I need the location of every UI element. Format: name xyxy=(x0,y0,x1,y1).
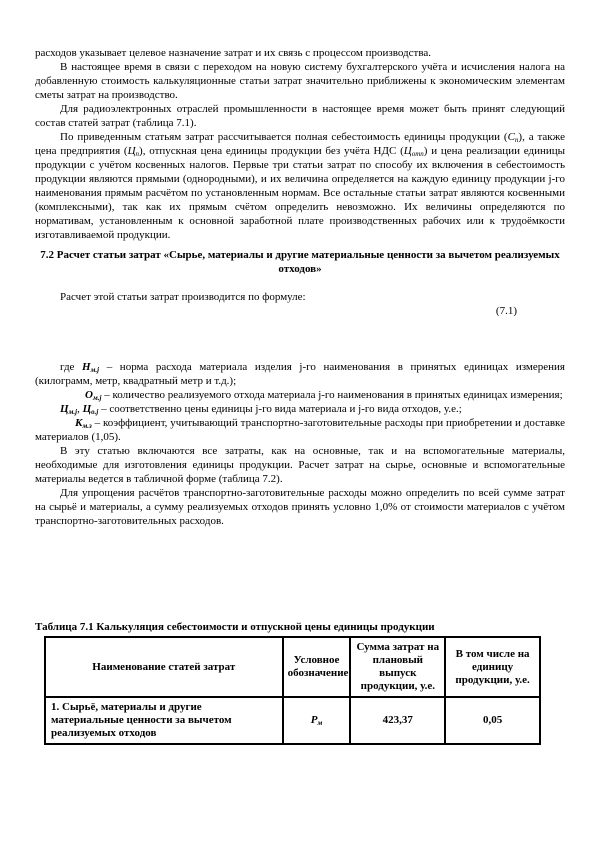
cell-per-unit: 0,05 xyxy=(445,697,540,744)
column-header-planned-output-sum: Сумма затрат на плановый выпуск продукци… xyxy=(350,637,445,697)
paragraph-text: ), отпускная цена единицы продукции без … xyxy=(139,145,404,157)
variable-full-cost: Сп xyxy=(508,131,519,143)
paragraph-text: По приведенным статьям затрат рассчитыва… xyxy=(60,131,508,143)
formula-intro: Расчет этой статьи затрат производится п… xyxy=(35,290,565,304)
formula-number: (7.1) xyxy=(35,304,565,318)
paragraph-cost-items: По приведенным статьям затрат рассчитыва… xyxy=(35,130,565,242)
column-header-cost-item-name: Наименование статей затрат xyxy=(45,637,283,697)
cost-calculation-table: Наименование статей затрат Условное обоз… xyxy=(44,636,541,745)
document-page: расходов указывает целевое назначение за… xyxy=(0,0,595,842)
table-header-row: Наименование статей затрат Условное обоз… xyxy=(45,637,540,697)
table-row: 1. Сырьё, материалы и другие материальны… xyxy=(45,697,540,744)
column-header-per-unit: В том числе на единицу продукции, у.е. xyxy=(445,637,540,697)
table-caption: Таблица 7.1 Калькуляция себестоимости и … xyxy=(35,620,565,634)
variable-waste-price: Цо.j xyxy=(83,403,99,415)
paragraph-simplification: Для упрощения расчётов транспортно-загот… xyxy=(35,486,565,528)
paragraph-included-costs: В эту статью включаются все затраты, как… xyxy=(35,444,565,486)
variable-transport-coefficient: Км.з xyxy=(75,417,92,429)
variable-materials-cost: Рм xyxy=(311,714,323,726)
cell-symbol: Рм xyxy=(283,697,351,744)
variable-material-price: Цм.j xyxy=(60,403,77,415)
variable-selling-price: Цотп xyxy=(404,145,424,157)
paragraph-accounting-system: В настоящее время в связи с переходом на… xyxy=(35,60,565,102)
column-header-symbol: Условное обозначение xyxy=(283,637,351,697)
paragraph-radioelectronics: Для радиоэлектронных отраслей промышленн… xyxy=(35,102,565,130)
section-heading: 7.2 Расчет статьи затрат «Сырье, материа… xyxy=(35,248,565,276)
definition-material-norm: где Нм.j – норма расхода материала издел… xyxy=(35,360,565,388)
formula-placeholder xyxy=(35,318,565,360)
variable-waste-quantity: Ом.j xyxy=(85,389,101,401)
variable-material-norm: Нм.j xyxy=(82,361,99,373)
cell-cost-item-name: 1. Сырьё, материалы и другие материальны… xyxy=(45,697,283,744)
definition-unit-prices: Цм.j, Цо.j – соответственно цены единицы… xyxy=(35,402,565,416)
table-section: Таблица 7.1 Калькуляция себестоимости и … xyxy=(35,620,565,745)
definition-transport-coefficient: Км.з – коэффициент, учитывающий транспор… xyxy=(35,416,565,444)
cell-planned-total: 423,37 xyxy=(350,697,445,744)
paragraph-continuation: расходов указывает целевое назначение за… xyxy=(35,46,565,60)
paragraph-text: ) и цена реализации единицы продукции с … xyxy=(35,145,565,241)
definition-waste-quantity: Ом.j – количество реализуемого отхода ма… xyxy=(35,388,565,402)
variable-enterprise-price: Цп xyxy=(128,145,139,157)
